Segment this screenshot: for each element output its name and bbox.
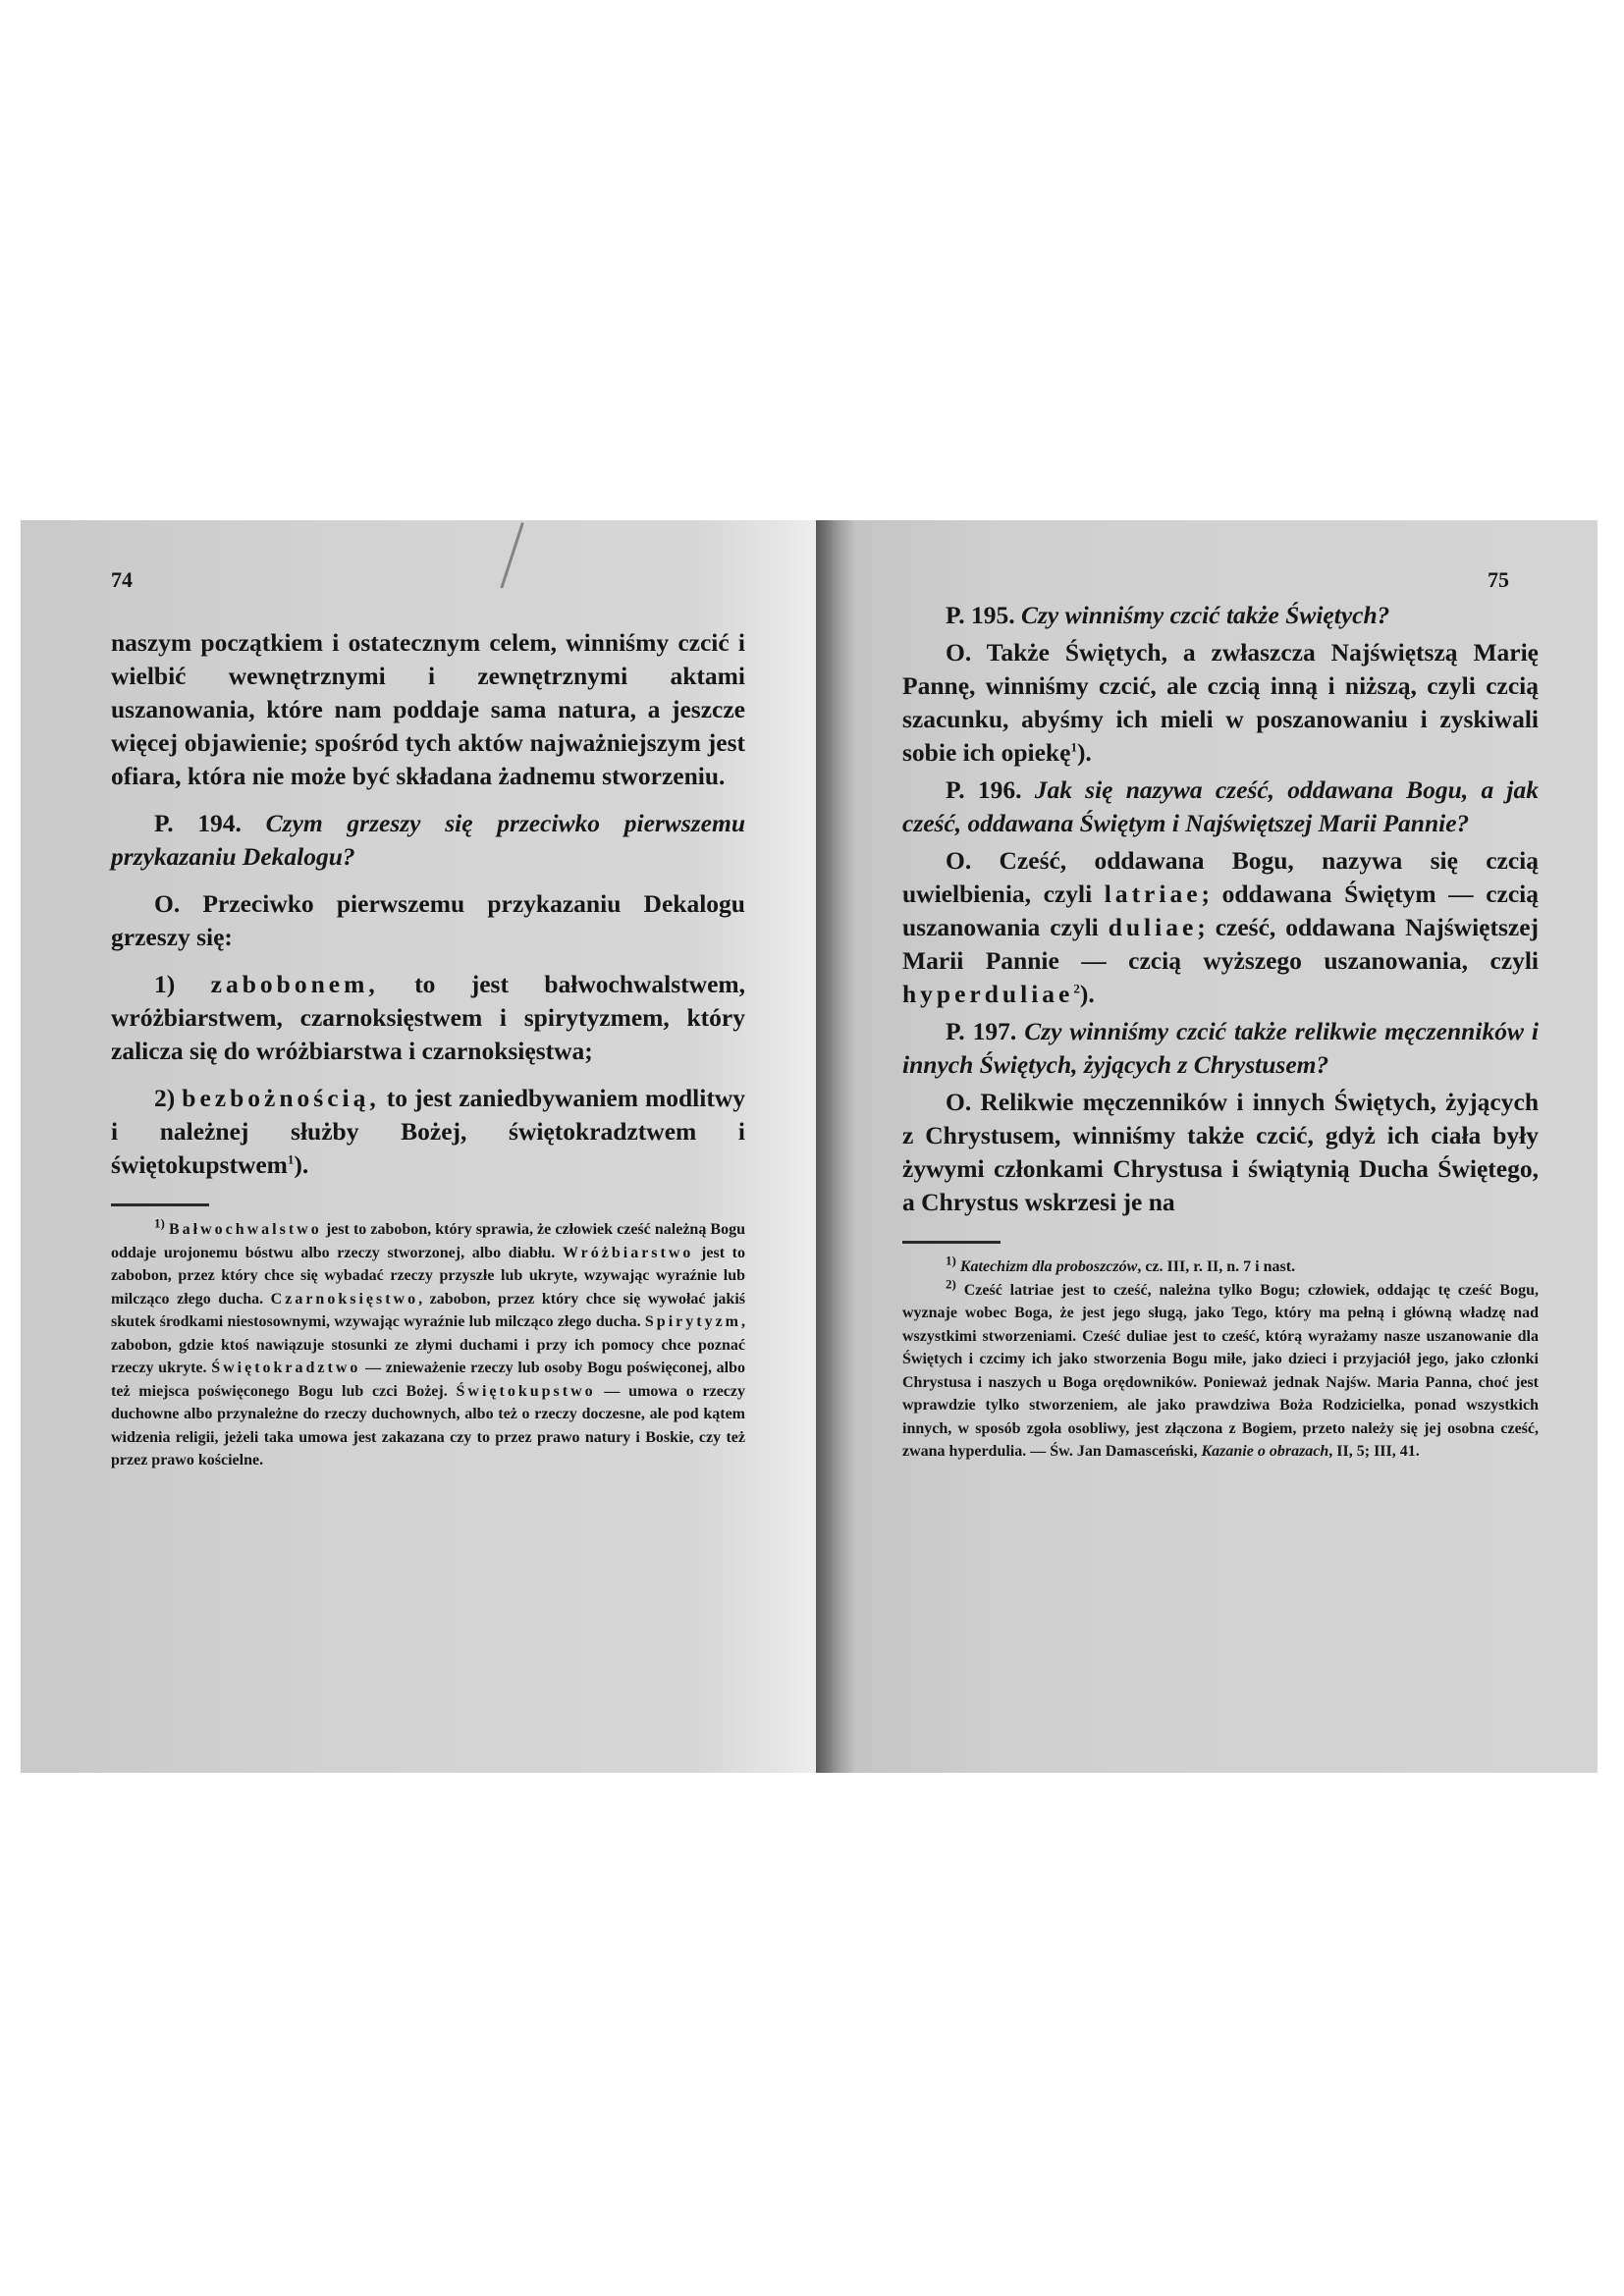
book-gutter — [816, 520, 855, 1773]
right-page: 75 P. 195. Czy winniśmy czcić także Świę… — [855, 520, 1597, 1773]
right-page-body: P. 195. Czy winniśmy czcić także Świętyc… — [902, 599, 1539, 1464]
term-duliae: duliae — [1109, 913, 1198, 941]
question-195: P. 195. Czy winniśmy czcić także Świętyc… — [902, 599, 1539, 632]
answer-197: O. Relikwie męczenników i innych Świętyc… — [902, 1086, 1539, 1219]
left-page-body: naszym początkiem i ostatecznym celem, w… — [111, 626, 745, 1472]
book-spread-scan: 74 naszym początkiem i ostatecznym celem… — [21, 520, 1597, 1773]
left-page: 74 naszym początkiem i ostatecznym celem… — [21, 520, 816, 1773]
item-term: zabobonem, — [211, 970, 379, 998]
question-196: P. 196. Jak się nazywa cześć, oddawana B… — [902, 774, 1539, 840]
term-latriae: latriae — [1105, 880, 1202, 908]
term-hyperduliae: hyperduliae — [902, 980, 1073, 1008]
answer-196: O. Cześć, oddawana Bogu, nazywa się czci… — [902, 844, 1539, 1011]
footnote-1: 1) Katechizm dla proboszczów, cz. III, r… — [902, 1255, 1539, 1279]
footnote-divider — [111, 1203, 209, 1206]
left-footnotes: 1) Bałwochwalstwo jest to zabobon, który… — [111, 1218, 745, 1472]
item-number: 1) — [154, 970, 175, 998]
footnote-2: 2) Cześć latriae jest to cześć, należna … — [902, 1279, 1539, 1464]
question-label: P. 194. — [154, 809, 242, 837]
right-footnotes: 1) Katechizm dla proboszczów, cz. III, r… — [902, 1255, 1539, 1464]
answer-195: O. Także Świętych, a zwłaszcza Najświęts… — [902, 636, 1539, 770]
answer-194-item-2: 2) bezbożnością, to jest zaniedbywaniem … — [111, 1082, 745, 1182]
item-number: 2) — [154, 1084, 175, 1112]
question-194: P. 194. Czym grzeszy się przeciwko pierw… — [111, 807, 745, 874]
cited-title: Kazanie o obrazach — [1202, 1443, 1329, 1460]
footnote-marker: 1) — [154, 1216, 165, 1231]
cited-title: Katechizm dla proboszczów — [960, 1258, 1137, 1275]
footnote-divider — [902, 1241, 1001, 1244]
page-number-left: 74 — [111, 567, 133, 593]
answer-194-item-1: 1) zabobonem, to jest bałwochwalstwem, w… — [111, 968, 745, 1068]
page-number-right: 75 — [1488, 567, 1509, 593]
pencil-mark — [500, 522, 523, 589]
item-term: bezbożnością, — [182, 1084, 379, 1112]
item-text: to jest bałwochwalstwem, wróżbiarstwem, … — [111, 970, 745, 1065]
answer-194-intro: O. Przeciwko pierwszemu przykazaniu Deka… — [111, 887, 745, 954]
footnote-1: 1) Bałwochwalstwo jest to zabobon, który… — [111, 1218, 745, 1472]
continuation-paragraph: naszym początkiem i ostatecznym celem, w… — [111, 626, 745, 793]
question-197: P. 197. Czy winniśmy czcić także relikwi… — [902, 1015, 1539, 1082]
